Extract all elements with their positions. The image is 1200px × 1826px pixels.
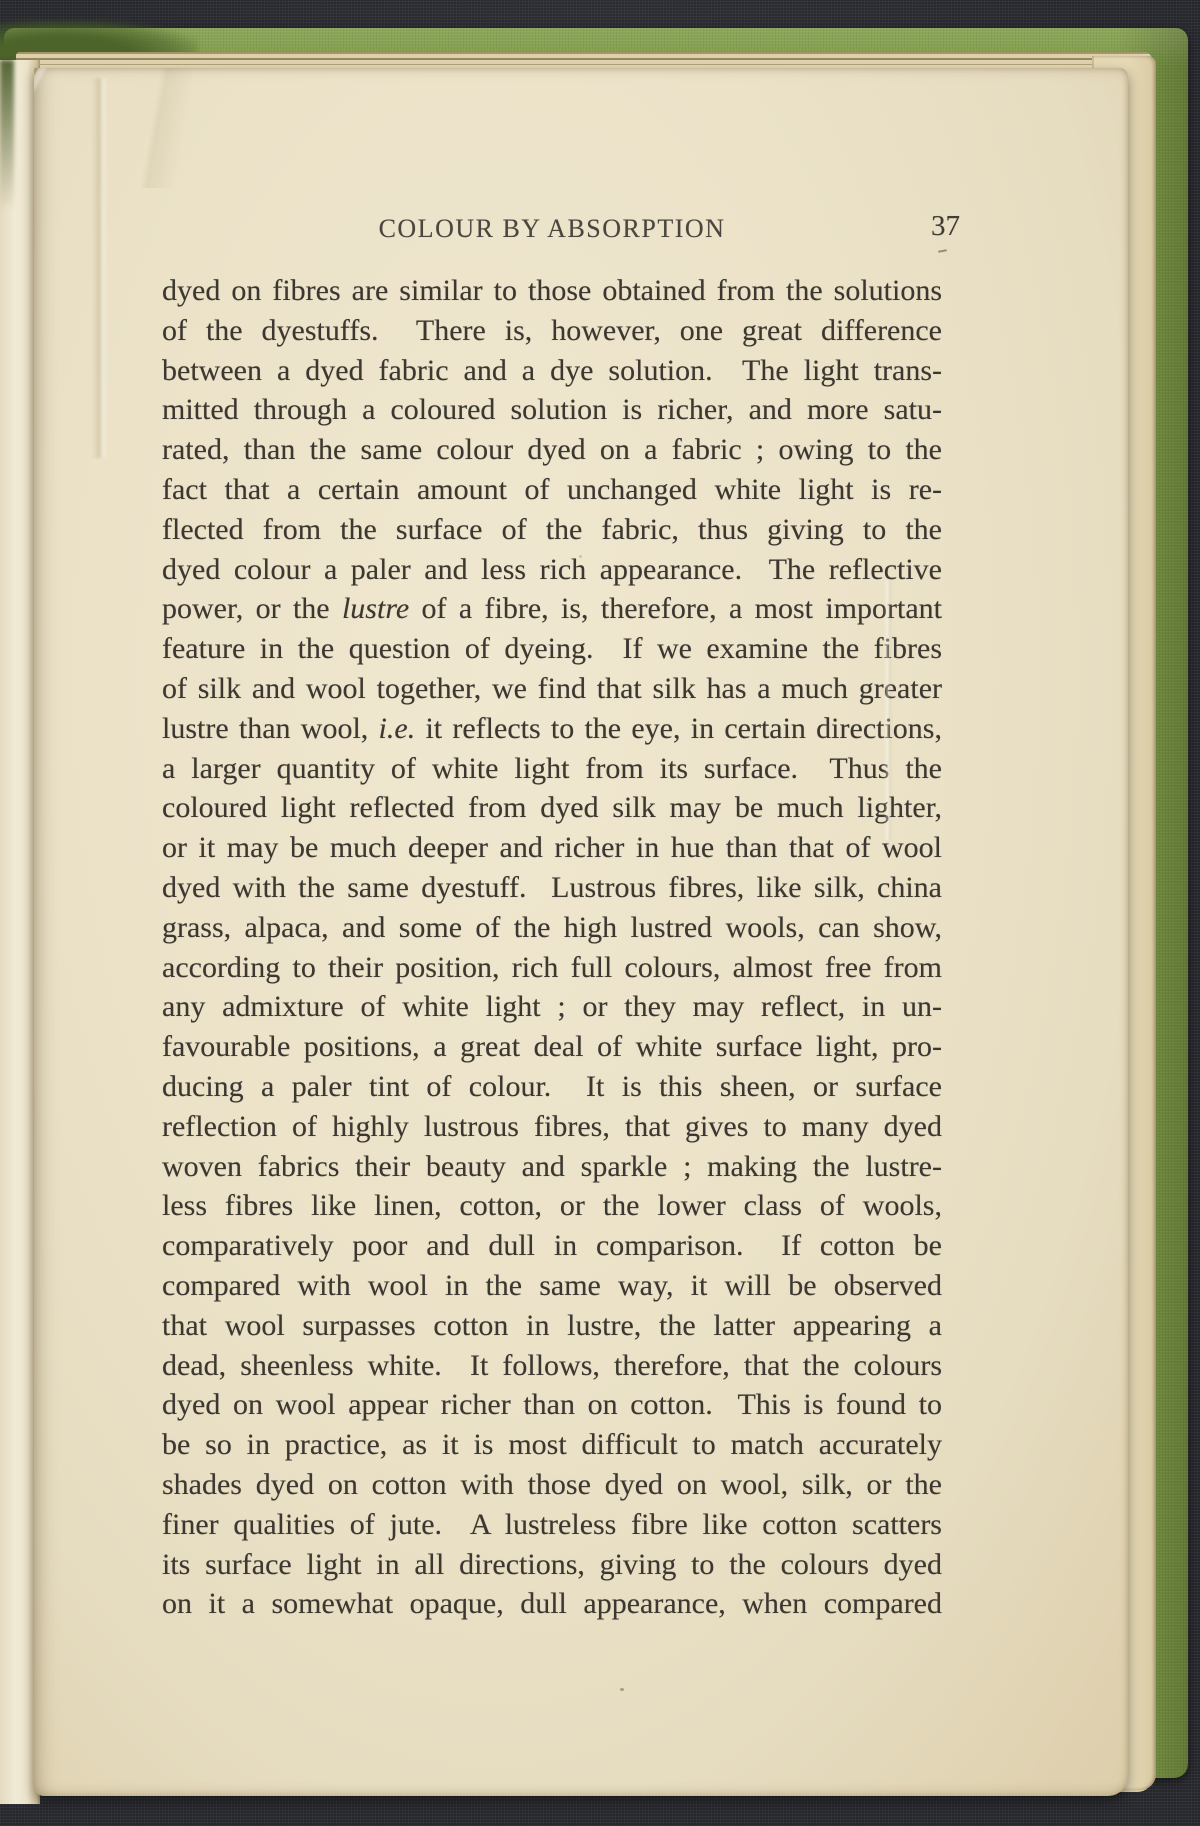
text-line: fact that a certain amount of unchanged … xyxy=(162,470,942,510)
running-header: COLOUR BY ABSORPTION 37 xyxy=(162,214,942,250)
text-line: dyed on fibres are similar to those obta… xyxy=(162,271,942,311)
gutter-shadow xyxy=(0,60,14,210)
text-line: woven fabrics their beauty and sparkle ;… xyxy=(162,1147,942,1187)
text-line: comparatively poor and dull in compariso… xyxy=(162,1226,942,1266)
text-line: lustre than wool, i.e. it reflects to th… xyxy=(162,709,942,749)
page-corner-crease xyxy=(34,68,244,188)
text-line: between a dyed fabric and a dye solution… xyxy=(162,351,942,391)
paper-speck xyxy=(620,1688,624,1691)
running-header-title: COLOUR BY ABSORPTION xyxy=(162,214,942,244)
text-line: dyed colour a paler and less rich appear… xyxy=(162,550,942,590)
text-line: coloured light reflected from dyed silk … xyxy=(162,788,942,828)
text-line: dead, sheenless white. It follows, there… xyxy=(162,1346,942,1386)
book-page: COLOUR BY ABSORPTION 37 dyed on fibres a… xyxy=(34,68,1128,1796)
paper-speck xyxy=(579,555,582,558)
text-line: flected from the surface of the fabric, … xyxy=(162,510,942,550)
text-line: ducing a paler tint of colour. It is thi… xyxy=(162,1067,942,1107)
text-line: feature in the question of dyeing. If we… xyxy=(162,629,942,669)
text-line: grass, alpaca, and some of the high lust… xyxy=(162,908,942,948)
text-line: on it a somewhat opaque, dull appearance… xyxy=(162,1584,942,1624)
text-line: or it may be much deeper and richer in h… xyxy=(162,828,942,868)
text-line: dyed with the same dyestuff. Lustrous fi… xyxy=(162,868,942,908)
text-line: power, or the lustre of a fibre, is, the… xyxy=(162,589,942,629)
text-line: favourable positions, a great deal of wh… xyxy=(162,1027,942,1067)
page-crease xyxy=(92,78,108,458)
text-line: be so in practice, as it is most difficu… xyxy=(162,1425,942,1465)
text-line: its surface light in all directions, giv… xyxy=(162,1545,942,1585)
text-line: any admixture of white light ; or they m… xyxy=(162,987,942,1027)
text-line: rated, than the same colour dyed on a fa… xyxy=(162,430,942,470)
text-line: according to their position, rich full c… xyxy=(162,948,942,988)
page-number: 37 xyxy=(931,210,960,243)
text-line: mitted through a coloured solution is ri… xyxy=(162,390,942,430)
text-line: of silk and wool together, we find that … xyxy=(162,669,942,709)
text-line: a larger quantity of white light from it… xyxy=(162,749,942,789)
text-line: compared with wool in the same way, it w… xyxy=(162,1266,942,1306)
text-line: that wool surpasses cotton in lustre, th… xyxy=(162,1306,942,1346)
text-line: finer qualities of jute. A lustreless fi… xyxy=(162,1505,942,1545)
book-photograph: COLOUR BY ABSORPTION 37 dyed on fibres a… xyxy=(0,0,1200,1826)
body-text: dyed on fibres are similar to those obta… xyxy=(162,271,942,1624)
text-line: of the dyestuffs. There is, however, one… xyxy=(162,311,942,351)
text-line: reflection of highly lustrous fibres, th… xyxy=(162,1107,942,1147)
text-line: shades dyed on cotton with those dyed on… xyxy=(162,1465,942,1505)
page-crease xyxy=(884,580,892,840)
text-line: dyed on wool appear richer than on cotto… xyxy=(162,1385,942,1425)
text-line: less fibres like linen, cotton, or the l… xyxy=(162,1186,942,1226)
